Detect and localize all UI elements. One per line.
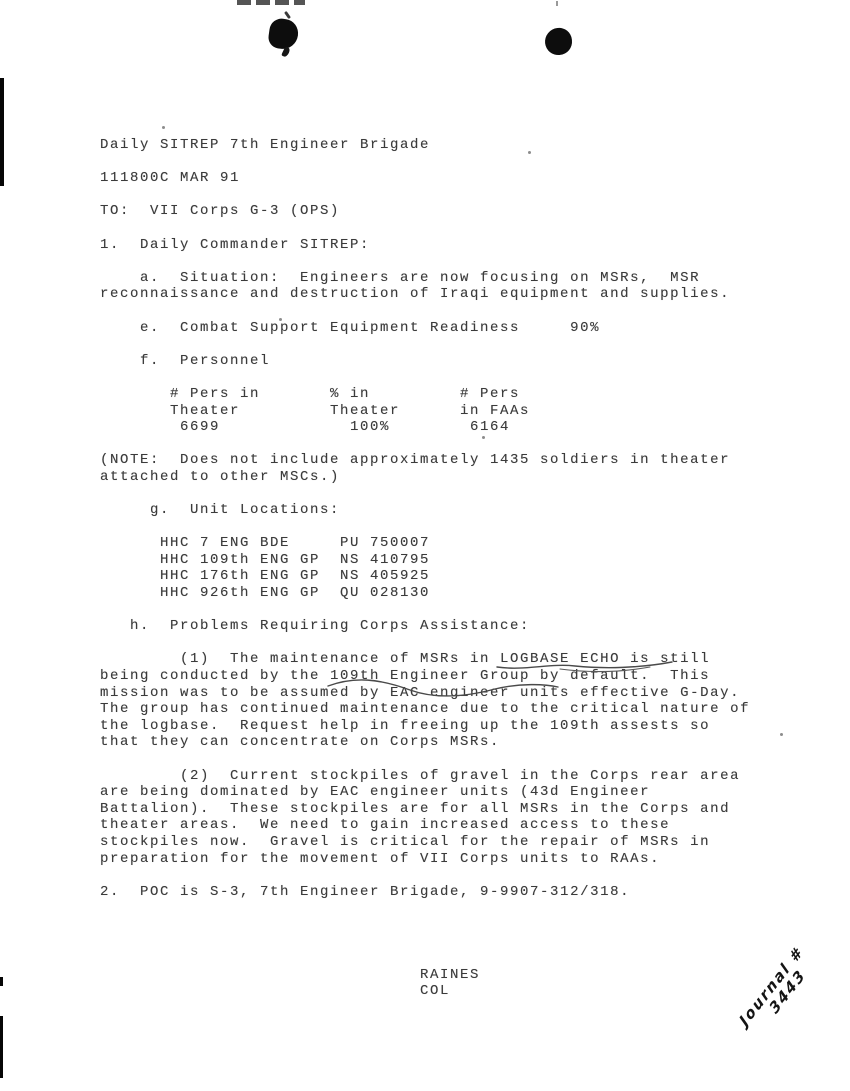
document-line-19: (NOTE: Does not include approximately 14… — [100, 452, 750, 469]
top-edge-print-fragment — [237, 0, 251, 5]
document-line-12 — [100, 336, 750, 353]
document-line-0: Daily SITREP 7th Engineer Brigade — [100, 137, 750, 154]
left-edge-scan-mark — [0, 977, 3, 986]
document-line-14 — [100, 369, 750, 386]
document-line-18 — [100, 436, 750, 453]
document-line-42: stockpiles now. Gravel is critical for t… — [100, 834, 750, 851]
top-edge-print-fragment — [256, 0, 270, 5]
document-line-40: Battalion). These stockpiles are for all… — [100, 801, 750, 818]
ink-dot-left — [267, 17, 300, 51]
document-line-30 — [100, 635, 750, 652]
typewritten-text-block: Daily SITREP 7th Engineer Brigade111800C… — [100, 137, 750, 1000]
document-line-35: the logbase. Request help in freeing up … — [100, 718, 750, 735]
document-line-43: preparation for the movement of VII Corp… — [100, 851, 750, 868]
document-line-21 — [100, 485, 750, 502]
document-line-23 — [100, 519, 750, 536]
document-line-28 — [100, 602, 750, 619]
document-line-51: COL — [100, 983, 750, 1000]
document-line-33: mission was to be assumed by EAC enginee… — [100, 685, 750, 702]
document-line-47 — [100, 917, 750, 934]
scan-speck — [162, 126, 165, 129]
document-line-6: 1. Daily Commander SITREP: — [100, 237, 750, 254]
document-line-31: (1) The maintenance of MSRs in LOGBASE E… — [100, 651, 750, 668]
left-edge-scan-mark — [0, 78, 4, 186]
document-line-11: e. Combat Support Equipment Readiness 90… — [100, 320, 750, 337]
document-line-16: Theater Theater in FAAs — [100, 403, 750, 420]
document-line-25: HHC 109th ENG GP NS 410795 — [100, 552, 750, 569]
document-line-22: g. Unit Locations: — [100, 502, 750, 519]
document-line-34: The group has continued maintenance due … — [100, 701, 750, 718]
document-line-26: HHC 176th ENG GP NS 405925 — [100, 568, 750, 585]
document-line-1 — [100, 154, 750, 171]
document-line-36: that they can concentrate on Corps MSRs. — [100, 734, 750, 751]
document-line-27: HHC 926th ENG GP QU 028130 — [100, 585, 750, 602]
document-line-24: HHC 7 ENG BDE PU 750007 — [100, 535, 750, 552]
document-line-13: f. Personnel — [100, 353, 750, 370]
ink-dot-right — [544, 27, 574, 57]
scan-speck — [556, 1, 558, 6]
left-edge-scan-mark — [0, 1016, 3, 1078]
scanned-document-page: Daily SITREP 7th Engineer Brigade111800C… — [0, 0, 850, 1091]
document-line-8: a. Situation: Engineers are now focusing… — [100, 270, 750, 287]
document-line-2: 111800C MAR 91 — [100, 170, 750, 187]
document-line-3 — [100, 187, 750, 204]
document-line-44 — [100, 867, 750, 884]
document-line-10 — [100, 303, 750, 320]
document-line-38: (2) Current stockpiles of gravel in the … — [100, 768, 750, 785]
document-line-20: attached to other MSCs.) — [100, 469, 750, 486]
ink-dot-left-curl — [284, 11, 291, 19]
document-line-50: RAINES — [100, 967, 750, 984]
document-line-9: reconnaissance and destruction of Iraqi … — [100, 286, 750, 303]
document-line-41: theater areas. We need to gain increased… — [100, 817, 750, 834]
document-line-17: 6699 100% 6164 — [100, 419, 750, 436]
document-line-15: # Pers in % in # Pers — [100, 386, 750, 403]
top-edge-print-fragment — [294, 0, 305, 5]
top-edge-print-fragment — [275, 0, 289, 5]
document-line-29: h. Problems Requiring Corps Assistance: — [100, 618, 750, 635]
document-line-32: being conducted by the 109th Engineer Gr… — [100, 668, 750, 685]
document-line-7 — [100, 253, 750, 270]
document-line-45: 2. POC is S-3, 7th Engineer Brigade, 9-9… — [100, 884, 750, 901]
document-line-48 — [100, 934, 750, 951]
scan-speck — [780, 733, 783, 736]
document-line-39: are being dominated by EAC engineer unit… — [100, 784, 750, 801]
document-line-37 — [100, 751, 750, 768]
document-line-5 — [100, 220, 750, 237]
document-line-49 — [100, 950, 750, 967]
document-line-4: TO: VII Corps G-3 (OPS) — [100, 203, 750, 220]
document-line-46 — [100, 900, 750, 917]
